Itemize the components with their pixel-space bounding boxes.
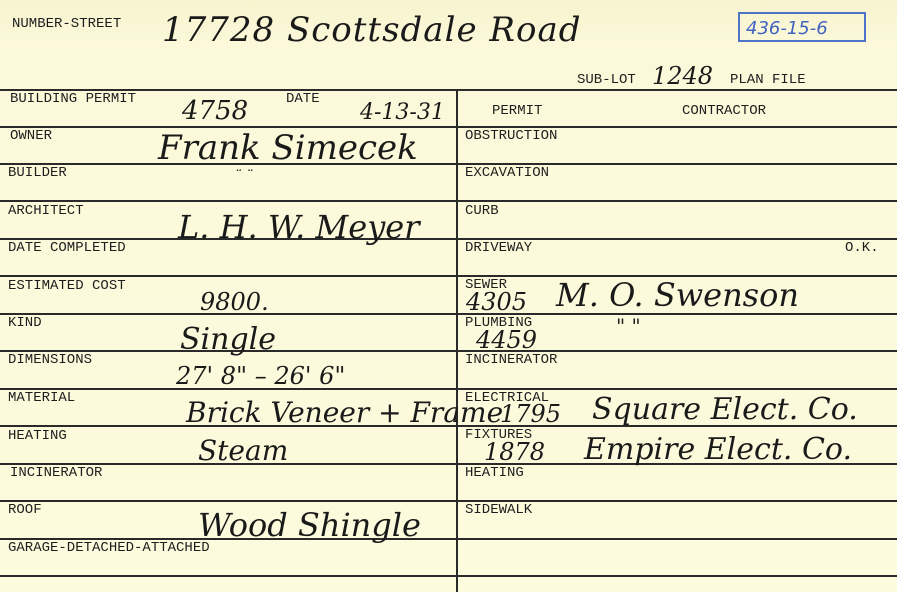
plan-file-label: PLAN FILE	[730, 72, 806, 88]
contractor-column-header: CONTRACTOR	[682, 103, 766, 119]
building-permit-value: 4758	[182, 96, 248, 126]
fixtures-permit-value: 1878	[484, 438, 545, 466]
electrical-permit-value: 1795	[500, 400, 561, 428]
date-completed-label: DATE COMPLETED	[8, 240, 126, 256]
curb-label: CURB	[465, 203, 499, 219]
driveway-note: O.K.	[845, 240, 879, 256]
owner-label: OWNER	[10, 128, 52, 144]
stamp-number: 436-15-6	[738, 12, 866, 42]
electrical-contractor-value: Square Elect. Co.	[592, 392, 858, 427]
permit-card: NUMBER-STREET 17728 Scottsdale Road 436-…	[0, 0, 897, 592]
architect-label: ARCHITECT	[8, 203, 84, 219]
row-divider	[0, 350, 897, 352]
incinerator-right-label: INCINERATOR	[465, 352, 557, 368]
permit-column-header: PERMIT	[492, 103, 542, 119]
material-label: MATERIAL	[8, 390, 75, 406]
material-value: Brick Veneer + Frame	[186, 396, 503, 429]
estimated-cost-value: 9800.	[200, 288, 269, 316]
heating-right-label: HEATING	[465, 465, 524, 481]
plumbing-permit-value: 4459	[476, 326, 537, 354]
estimated-cost-label: ESTIMATED COST	[8, 278, 126, 294]
sewer-permit-value: 4305	[466, 288, 527, 316]
column-divider	[456, 89, 458, 592]
builder-value: ¨ ¨	[234, 168, 252, 184]
architect-value: L. H. W. Meyer	[178, 208, 420, 246]
heating-value: Steam	[198, 434, 288, 467]
sub-lot-label: SUB-LOT	[577, 72, 636, 88]
row-divider	[0, 126, 897, 128]
sewer-contractor-value: M. O. Swenson	[556, 276, 799, 314]
row-divider	[0, 163, 897, 165]
kind-value: Single	[180, 322, 276, 357]
date-value: 4-13-31	[360, 100, 445, 125]
driveway-label: DRIVEWAY	[465, 240, 532, 256]
number-street-label: NUMBER-STREET	[12, 16, 121, 32]
obstruction-label: OBSTRUCTION	[465, 128, 557, 144]
kind-label: KIND	[8, 315, 42, 331]
row-divider	[0, 500, 897, 502]
garage-label: GARAGE-DETACHED-ATTACHED	[8, 540, 210, 556]
heating-label: HEATING	[8, 428, 67, 444]
incinerator-label: INCINERATOR	[10, 465, 102, 481]
roof-label: ROOF	[8, 502, 42, 518]
plumbing-contractor-value: " "	[616, 314, 641, 338]
row-divider	[0, 575, 897, 577]
roof-value: Wood Shingle	[198, 506, 421, 544]
fixtures-contractor-value: Empire Elect. Co.	[584, 432, 852, 467]
row-divider	[0, 388, 897, 390]
excavation-label: EXCAVATION	[465, 165, 549, 181]
row-divider	[0, 238, 897, 240]
builder-label: BUILDER	[8, 165, 67, 181]
building-permit-label: BUILDING PERMIT	[10, 91, 136, 107]
sub-lot-value: 1248	[652, 62, 713, 90]
dimensions-label: DIMENSIONS	[8, 352, 92, 368]
row-divider	[0, 200, 897, 202]
owner-value: Frank Simecek	[158, 128, 418, 168]
number-street-value: 17728 Scottsdale Road	[162, 10, 582, 50]
sidewalk-label: SIDEWALK	[465, 502, 532, 518]
dimensions-value: 27' 8" – 26' 6"	[176, 362, 345, 390]
date-label: DATE	[286, 91, 320, 107]
